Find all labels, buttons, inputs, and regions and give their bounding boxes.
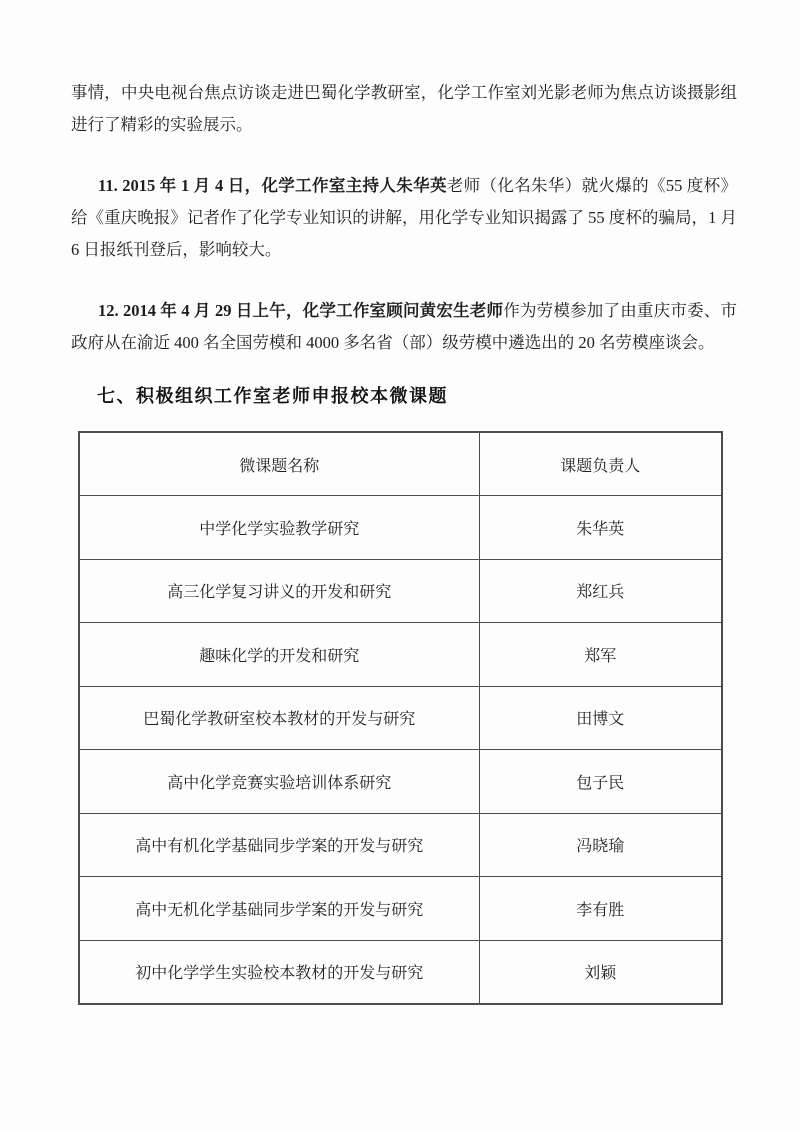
table-row: 中学化学实验教学研究朱华英 bbox=[79, 496, 722, 560]
bold-text-run: 12. 2014 年 4 月 29 日上午，化学工作室顾问黄宏生老师 bbox=[98, 301, 503, 320]
topic-cell: 高中无机化学基础同步学案的开发与研究 bbox=[79, 877, 479, 941]
table-row: 高三化学复习讲义的开发和研究郑红兵 bbox=[79, 559, 722, 623]
table-header-row: 微课题名称 课题负责人 bbox=[79, 432, 722, 496]
leader-cell: 李有胜 bbox=[479, 877, 722, 941]
leader-cell: 田博文 bbox=[479, 686, 722, 750]
section-heading: 七、积极组织工作室老师申报校本微课题 bbox=[71, 381, 737, 411]
topic-cell: 趣味化学的开发和研究 bbox=[79, 623, 479, 687]
microtopic-table: 微课题名称 课题负责人 中学化学实验教学研究朱华英高三化学复习讲义的开发和研究郑… bbox=[78, 431, 723, 1005]
topic-cell: 高三化学复习讲义的开发和研究 bbox=[79, 559, 479, 623]
paragraph: 12. 2014 年 4 月 29 日上午，化学工作室顾问黄宏生老师作为劳模参加… bbox=[71, 295, 737, 359]
paragraph: 事情，中央电视台焦点访谈走进巴蜀化学教研室，化学工作室刘光影老师为焦点访谈摄影组… bbox=[71, 77, 737, 141]
leader-cell: 朱华英 bbox=[479, 496, 722, 560]
table-row: 巴蜀化学教研室校本教材的开发与研究田博文 bbox=[79, 686, 722, 750]
topic-cell: 高中化学竞赛实验培训体系研究 bbox=[79, 750, 479, 814]
leader-cell: 郑红兵 bbox=[479, 559, 722, 623]
leader-cell: 刘颖 bbox=[479, 940, 722, 1004]
table-row: 高中化学竞赛实验培训体系研究包子民 bbox=[79, 750, 722, 814]
leader-cell: 包子民 bbox=[479, 750, 722, 814]
header-topic-name: 微课题名称 bbox=[79, 432, 479, 496]
table-row: 高中有机化学基础同步学案的开发与研究冯晓瑜 bbox=[79, 813, 722, 877]
text-run: 事情，中央电视台焦点访谈走进巴蜀化学教研室，化学工作室刘光影老师为焦点访谈摄影组… bbox=[71, 83, 737, 134]
topic-cell: 巴蜀化学教研室校本教材的开发与研究 bbox=[79, 686, 479, 750]
topic-cell: 初中化学学生实验校本教材的开发与研究 bbox=[79, 940, 479, 1004]
header-topic-leader: 课题负责人 bbox=[479, 432, 722, 496]
table-row: 初中化学学生实验校本教材的开发与研究刘颖 bbox=[79, 940, 722, 1004]
table-row: 高中无机化学基础同步学案的开发与研究李有胜 bbox=[79, 877, 722, 941]
body-paragraphs: 事情，中央电视台焦点访谈走进巴蜀化学教研室，化学工作室刘光影老师为焦点访谈摄影组… bbox=[71, 77, 737, 359]
leader-cell: 郑军 bbox=[479, 623, 722, 687]
bold-text-run: 11. 2015 年 1 月 4 日，化学工作室主持人朱华英 bbox=[98, 176, 447, 195]
leader-cell: 冯晓瑜 bbox=[479, 813, 722, 877]
document-page: 事情，中央电视台焦点访谈走进巴蜀化学教研室，化学工作室刘光影老师为焦点访谈摄影组… bbox=[0, 0, 800, 1131]
table-row: 趣味化学的开发和研究郑军 bbox=[79, 623, 722, 687]
topic-cell: 中学化学实验教学研究 bbox=[79, 496, 479, 560]
topic-cell: 高中有机化学基础同步学案的开发与研究 bbox=[79, 813, 479, 877]
paragraph: 11. 2015 年 1 月 4 日，化学工作室主持人朱华英老师（化名朱华）就火… bbox=[71, 170, 737, 266]
